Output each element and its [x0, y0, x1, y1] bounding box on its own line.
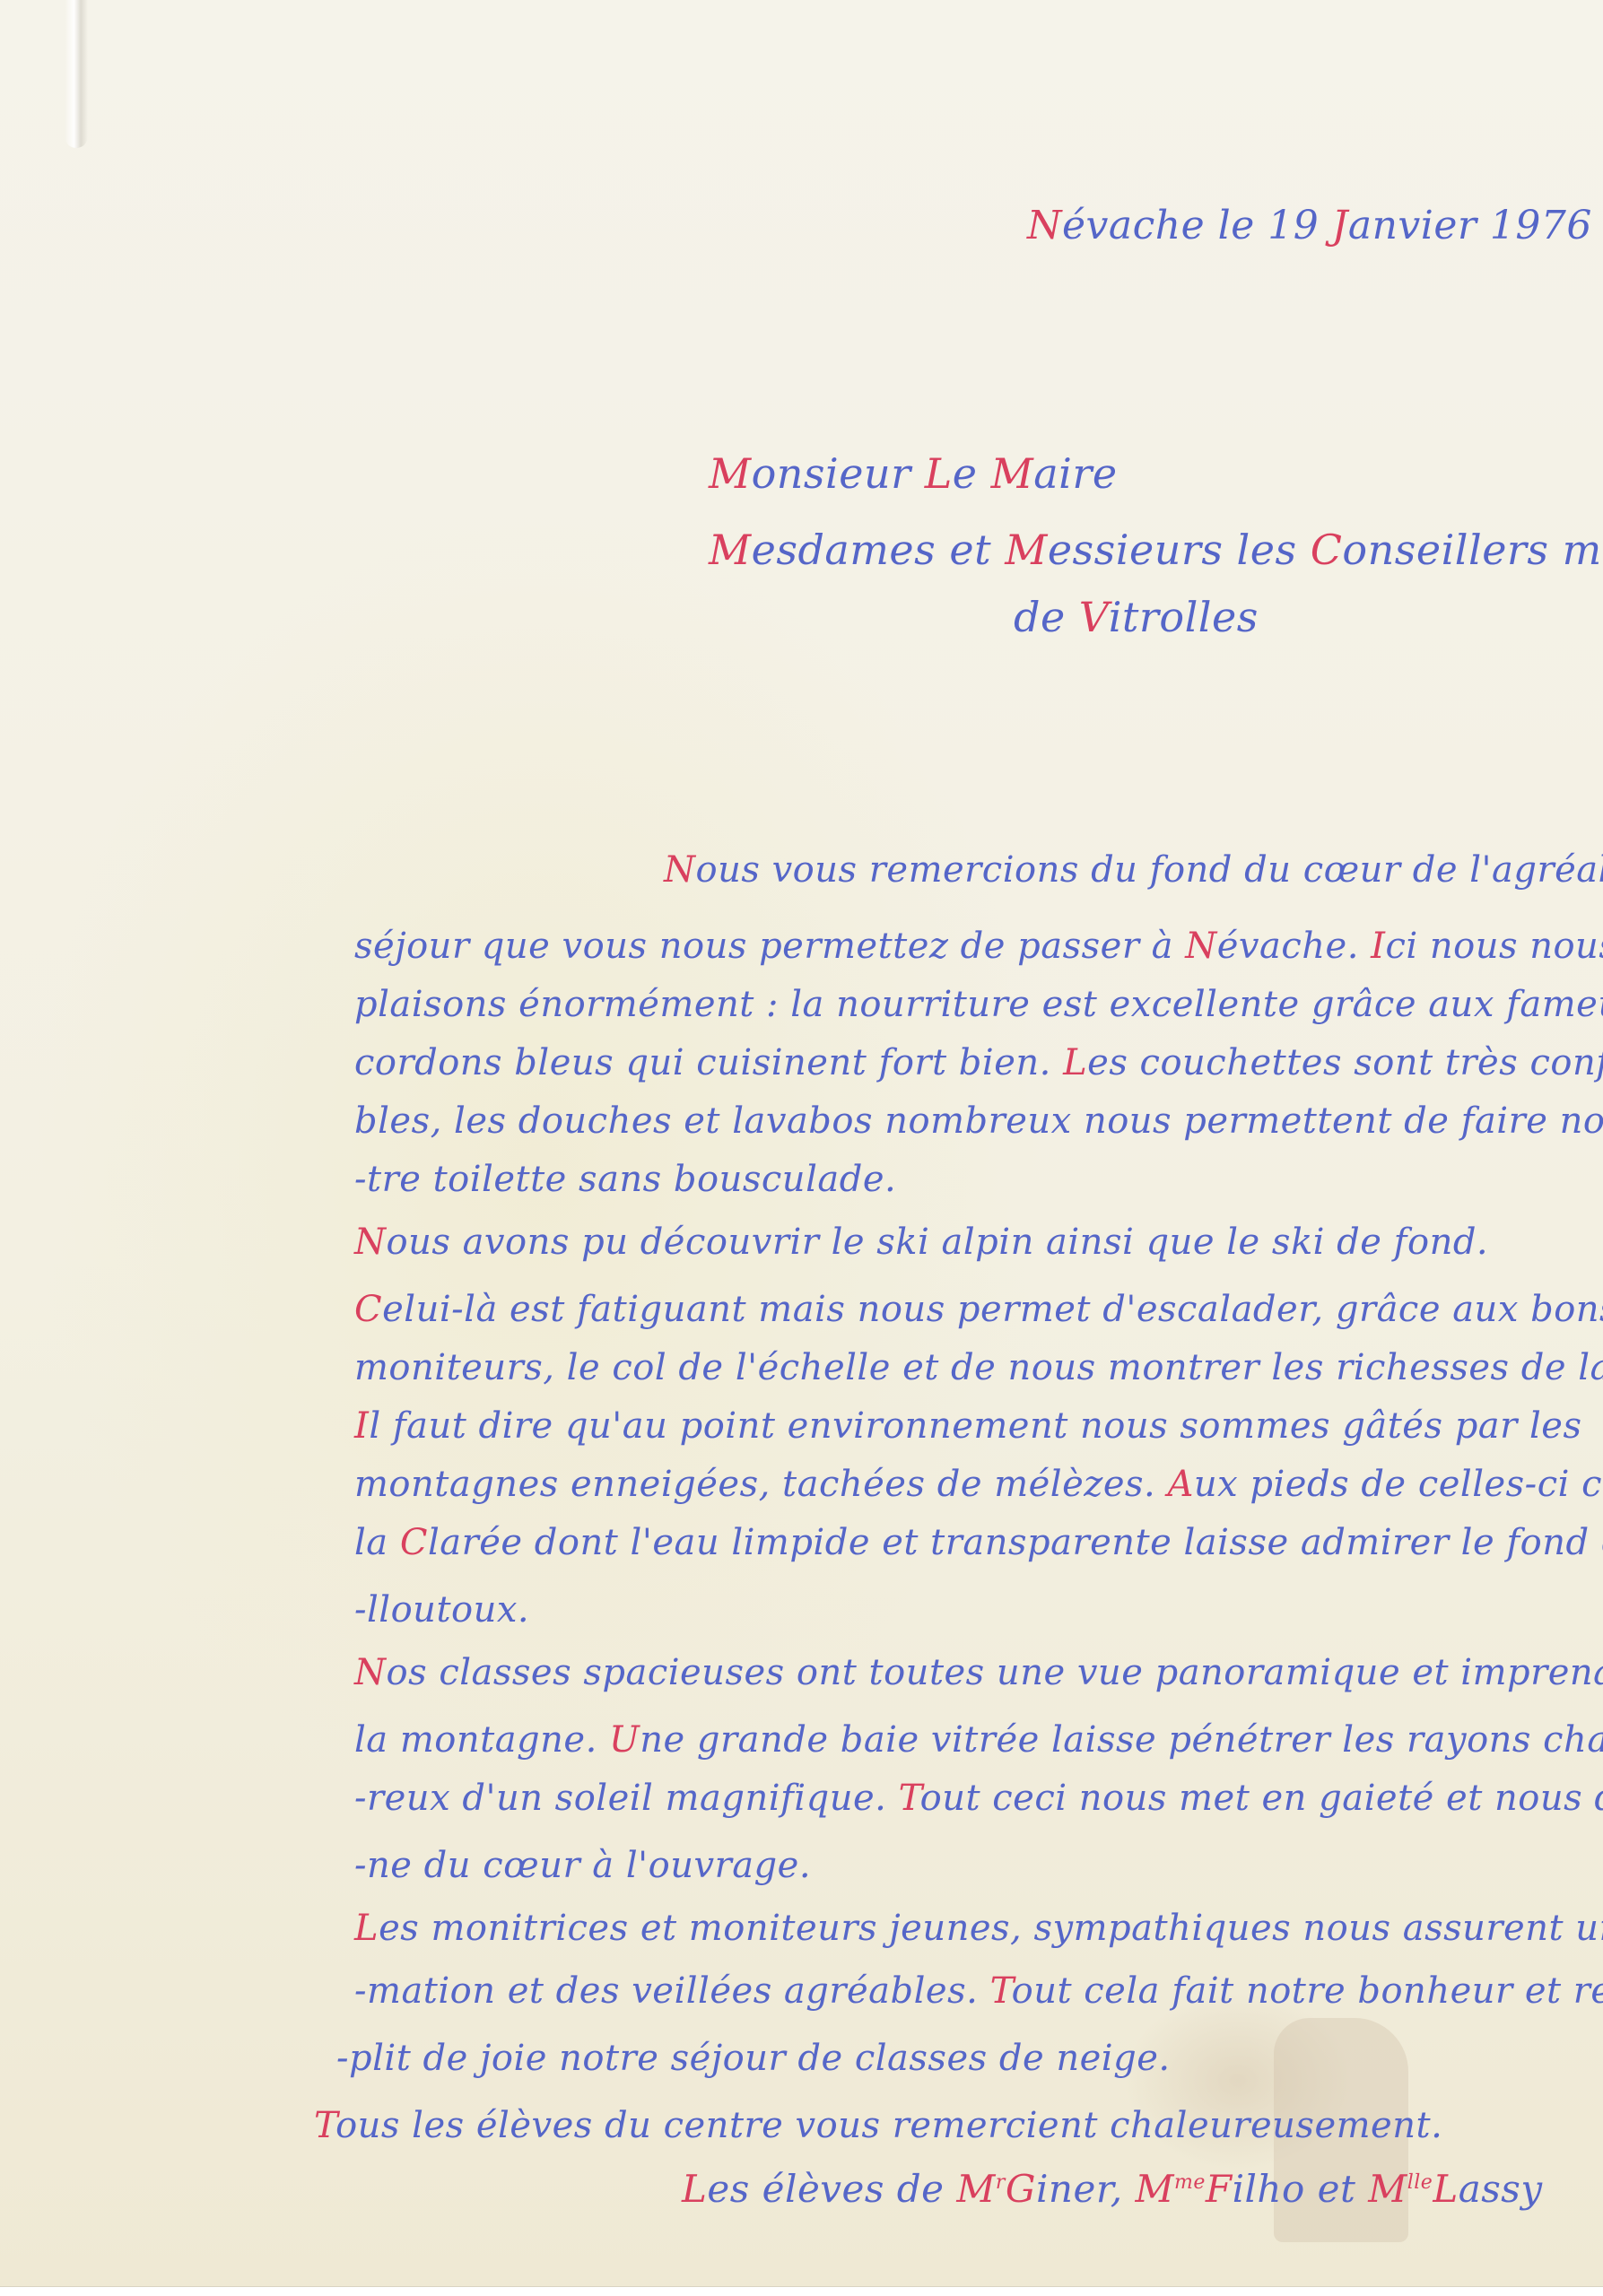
line-initial: I	[354, 1405, 369, 1447]
body-line: séjour que vous nous permettez de passer…	[354, 928, 1603, 964]
line-text: -tre toilette sans bousculade.	[354, 1159, 896, 1200]
line-text: la	[354, 1522, 400, 1563]
line-text: ous les élèves du centre vous remercient…	[335, 2105, 1442, 2146]
body-line: Tous les élèves du centre vous remercien…	[314, 2108, 1442, 2144]
line-text: larée dont l'eau limpide et transparente…	[428, 1522, 1603, 1563]
line-text: plaisons énormément : la nourriture est …	[354, 984, 1603, 1025]
recipient-text: onsieur	[752, 449, 925, 498]
recipient-text: essieurs les	[1048, 526, 1311, 574]
line-text: la montagne.	[354, 1719, 609, 1761]
body-line: -ne du cœur à l'ouvrage.	[354, 1848, 811, 1883]
body-line: montagnes enneigées, tachées de mélèzes.…	[354, 1466, 1603, 1502]
line-text: elui-là est fatiguant mais nous permet d…	[382, 1289, 1603, 1330]
line-text: ci nous nous	[1385, 926, 1603, 967]
body-line: Nos classes spacieuses ont toutes une vu…	[354, 1655, 1603, 1691]
paper-bottom-edge	[0, 2286, 1603, 2296]
body-line: -mation et des veillées agréables. Tout …	[354, 1973, 1603, 2009]
body-line: -reux d'un soleil magnifique. Tout ceci …	[354, 1780, 1603, 1816]
signature-text: ilho et	[1233, 2167, 1369, 2211]
signature-text: assy	[1459, 2167, 1543, 2211]
body-line: cordons bleus qui cuisinent fort bien. L…	[354, 1045, 1603, 1081]
line-initial: T	[314, 2105, 335, 2146]
body-line: plaisons énormément : la nourriture est …	[354, 987, 1603, 1022]
line-initial: C	[354, 1289, 382, 1330]
signature-initial: L	[1433, 2167, 1458, 2211]
signature-superscript: me	[1174, 2171, 1206, 2194]
line-text: -plit de joie notre séjour de classes de…	[336, 2038, 1171, 2079]
line-initial: L	[1063, 1042, 1087, 1083]
signature-initial: G	[1006, 2167, 1036, 2211]
body-line: Nous vous remercions du fond du cœur de …	[664, 852, 1603, 888]
recipient-text: itrolles	[1109, 593, 1259, 641]
line-text: ous avons pu découvrir le ski alpin ains…	[387, 1222, 1489, 1263]
letter-date: Névache le 19 Janvier 1976	[1027, 206, 1592, 246]
recipient-initial: M	[709, 526, 752, 574]
body-line: Il faut dire qu'au point environnement n…	[354, 1408, 1581, 1444]
line-text: out ceci nous met en gaieté et nous do	[920, 1778, 1603, 1819]
line-text: -mation et des veillées agréables.	[354, 1970, 990, 2012]
body-line: moniteurs, le col de l'échelle et de nou…	[354, 1350, 1603, 1386]
line-initial: N	[1185, 926, 1217, 967]
recipient-initial: L	[925, 449, 953, 498]
line-text: bles, les douches et lavabos nombreux no…	[354, 1100, 1603, 1142]
recipient-text: onseillers municipau	[1342, 526, 1603, 574]
recipient-text: aire	[1033, 449, 1117, 498]
recipient-line-2: Mesdames et Messieurs les Conseillers mu…	[709, 529, 1603, 570]
line-initial: N	[354, 1652, 387, 1693]
body-line: Celui-là est fatiguant mais nous permet …	[354, 1291, 1603, 1327]
signature-initial: M	[1136, 2167, 1175, 2211]
body-line: Nous avons pu découvrir le ski alpin ain…	[354, 1224, 1488, 1260]
recipient-text: esdames et	[752, 526, 1006, 574]
paper-crease	[65, 0, 88, 148]
recipient-initial: C	[1311, 526, 1343, 574]
body-line: bles, les douches et lavabos nombreux no…	[354, 1103, 1603, 1139]
recipient-line-3: de Vitrolles	[1014, 596, 1259, 638]
line-text: évache.	[1217, 926, 1371, 967]
line-text: ux pieds de celles-ci coule	[1194, 1464, 1603, 1505]
recipient-initial: M	[991, 449, 1034, 498]
recipient-text: e	[953, 449, 991, 498]
line-text: os classes spacieuses ont toutes une vue…	[387, 1652, 1603, 1693]
line-text: moniteurs, le col de l'échelle et de nou…	[354, 1347, 1603, 1388]
signature-initial: L	[682, 2167, 707, 2211]
body-line: Les monitrices et moniteurs jeunes, symp…	[354, 1910, 1603, 1946]
line-initial: N	[354, 1222, 387, 1263]
recipient-initial: V	[1079, 593, 1109, 641]
date-month-initial: J	[1332, 203, 1348, 248]
line-initial: C	[400, 1522, 428, 1563]
body-line: la Clarée dont l'eau limpide et transpar…	[354, 1525, 1603, 1561]
signature-superscript: lle	[1407, 2171, 1433, 2194]
signature-initial: M	[956, 2167, 996, 2211]
recipient-text: de	[1014, 593, 1079, 641]
line-text: l faut dire qu'au point environnement no…	[369, 1405, 1581, 1447]
signature-initial: F	[1206, 2167, 1233, 2211]
letter-signature: Les élèves de MrGiner, MmeFilho et MlleL…	[682, 2170, 1543, 2208]
line-initial: L	[354, 1908, 379, 1949]
line-text: ne grande baie vitrée laisse pénétrer le…	[640, 1719, 1603, 1761]
line-text: out cela fait notre bonheur et rem	[1012, 1970, 1603, 2012]
line-text: -reux d'un soleil magnifique.	[354, 1778, 899, 1819]
date-place: évache le 19	[1062, 203, 1332, 248]
line-initial: T	[899, 1778, 920, 1819]
recipient-initial: M	[709, 449, 752, 498]
signature-initial: M	[1368, 2167, 1407, 2211]
line-text: es monitrices et moniteurs jeunes, sympa…	[379, 1908, 1603, 1949]
line-text: montagnes enneigées, tachées de mélèzes.	[354, 1464, 1167, 1505]
body-line: la montagne. Une grande baie vitrée lais…	[354, 1722, 1603, 1758]
line-text: séjour que vous nous permettez de passer…	[354, 926, 1185, 967]
line-initial: N	[664, 849, 696, 891]
line-text: cordons bleus qui cuisinent fort bien.	[354, 1042, 1063, 1083]
line-initial: A	[1167, 1464, 1193, 1505]
signature-text: iner,	[1036, 2167, 1136, 2211]
body-line: -lloutoux.	[354, 1592, 529, 1628]
date-month-year: anvier 1976	[1348, 203, 1592, 248]
line-text: es couchettes sont très conforta	[1087, 1042, 1603, 1083]
line-text: -lloutoux.	[354, 1589, 529, 1631]
signature-text: es élèves de	[707, 2167, 956, 2211]
recipient-line-1: Monsieur Le Maire	[709, 453, 1118, 494]
body-line: -plit de joie notre séjour de classes de…	[336, 2040, 1171, 2076]
letter-page: Névache le 19 Janvier 1976 Monsieur Le M…	[0, 0, 1603, 2296]
line-initial: T	[990, 1970, 1012, 2012]
recipient-initial: M	[1005, 526, 1048, 574]
line-text: -ne du cœur à l'ouvrage.	[354, 1845, 811, 1886]
line-initial: I	[1371, 926, 1385, 967]
signature-superscript: r	[996, 2171, 1006, 2194]
line-initial: U	[609, 1719, 640, 1761]
date-place-initial: N	[1027, 203, 1062, 248]
line-text: ous vous remercions du fond du cœur de l…	[696, 849, 1603, 891]
body-line: -tre toilette sans bousculade.	[354, 1161, 896, 1197]
